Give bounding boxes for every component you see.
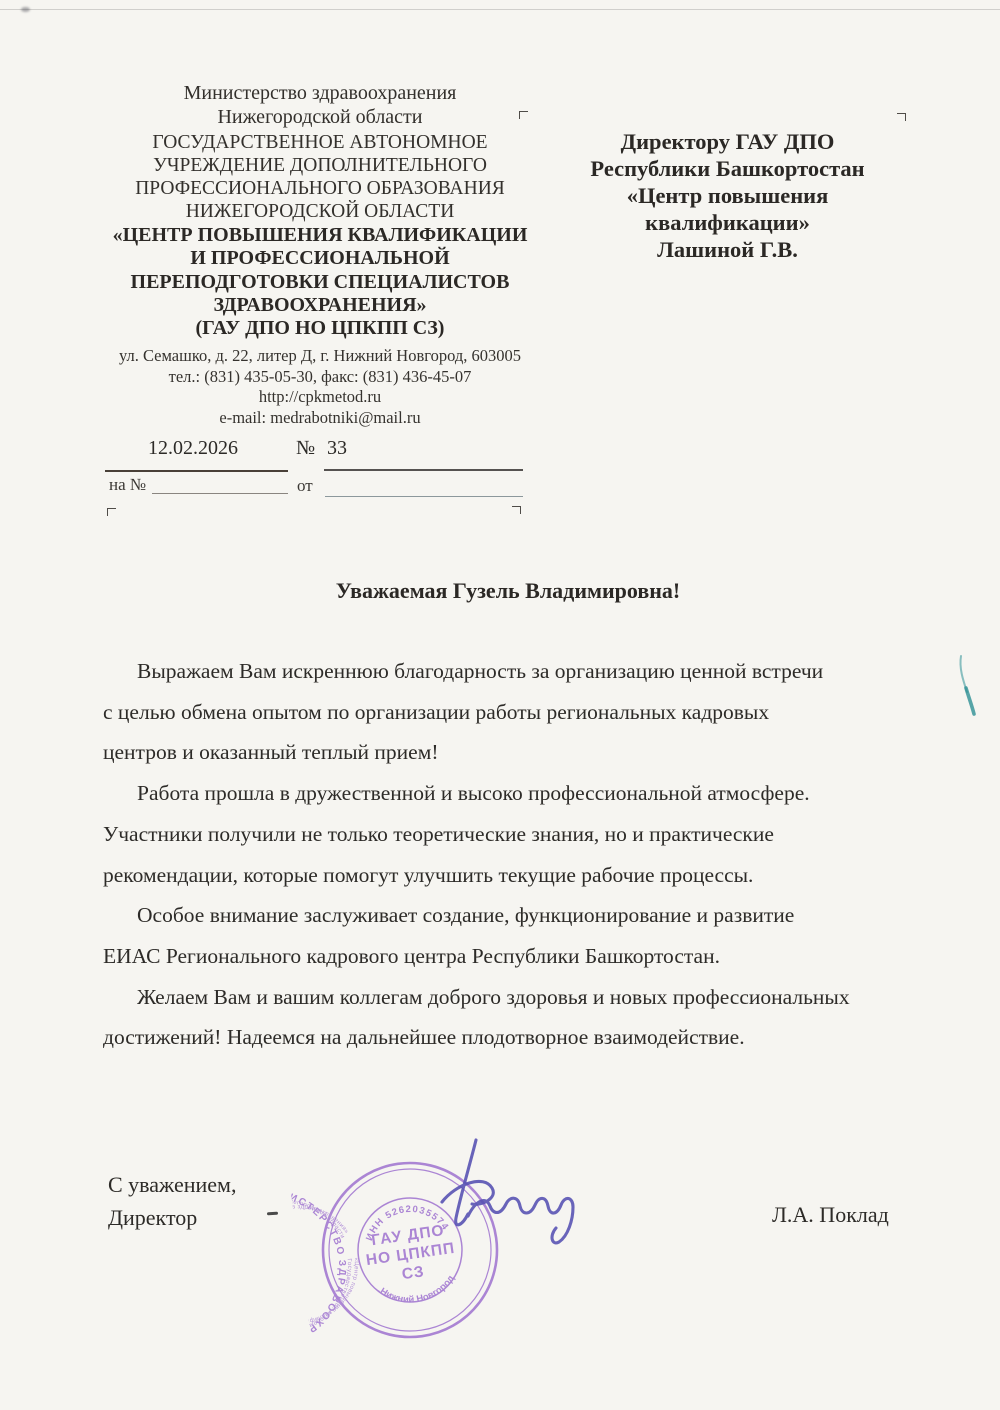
paragraph: Выражаем Вам искреннюю благодарность за … — [103, 651, 933, 773]
paragraph: Особое внимание заслуживает создание, фу… — [103, 895, 933, 976]
recipient-block: Директору ГАУ ДПО Республики Башкортоста… — [555, 128, 900, 263]
number-underline — [324, 469, 523, 471]
scan-edge-line — [0, 9, 1000, 10]
recipient-line: Лашиной Г.В. — [555, 236, 900, 263]
corner-mark — [519, 111, 528, 119]
signature-block: С уважением, Директор — [108, 1168, 236, 1234]
closing-line: С уважением, — [108, 1168, 236, 1201]
ministry-line: Нижегородской области — [80, 106, 560, 130]
org-type-line: ГОСУДАРСТВЕННОЕ АВТОНОМНОЕ — [80, 131, 560, 154]
sender-phone-fax: тел.: (831) 435-05-30, факс: (831) 436-4… — [80, 367, 560, 388]
svg-text:«Центр повышения квалификации: «Центр повышения квалификации и професси… — [286, 1196, 367, 1332]
ink-scratch-mark — [945, 648, 990, 733]
letterhead-org-name: «ЦЕНТР ПОВЫШЕНИЯ КВАЛИФИКАЦИИ И ПРОФЕССИ… — [80, 224, 560, 340]
signer-title: Директор — [108, 1201, 236, 1234]
org-type-line: УЧРЕЖДЕНИЕ ДОПОЛНИТЕЛЬНОГО — [80, 154, 560, 177]
recipient-line: Республики Башкортостан — [555, 155, 900, 182]
letter-number: 33 — [327, 437, 347, 460]
sender-address: ул. Семашко, д. 22, литер Д, г. Нижний Н… — [80, 346, 560, 367]
salutation: Уважаемая Гузель Владимировна! — [103, 578, 913, 604]
org-name-line: «ЦЕНТР ПОВЫШЕНИЯ КВАЛИФИКАЦИИ — [80, 224, 560, 247]
reply-number-label: на № — [109, 475, 146, 495]
letterhead-org-type: ГОСУДАРСТВЕННОЕ АВТОНОМНОЕ УЧРЕЖДЕНИЕ ДО… — [80, 131, 560, 223]
letter-date: 12.02.2026 — [148, 437, 238, 460]
signer-name: Л.А. Поклад — [772, 1202, 889, 1228]
recipient-line: «Центр повышения — [555, 182, 900, 209]
org-name-line: ПЕРЕПОДГОТОВКИ СПЕЦИАЛИСТОВ — [80, 271, 560, 294]
org-name-line: (ГАУ ДПО НО ЦПКПП СЗ) — [80, 317, 560, 340]
letterhead-contacts: ул. Семашко, д. 22, литер Д, г. Нижний Н… — [80, 346, 560, 428]
recipient-line: квалификации» — [555, 209, 900, 236]
corner-mark — [897, 113, 906, 121]
handwritten-signature — [418, 1126, 598, 1276]
date-underline — [105, 470, 288, 472]
recipient-line: Директору ГАУ ДПО — [555, 128, 900, 155]
org-name-line: ЗДРАВООХРАНЕНИЯ» — [80, 294, 560, 317]
reply-date-label: от — [297, 476, 313, 496]
stamp-center-ring-text: «Центр повышения квалификации и професси… — [286, 1196, 367, 1332]
reply-number-underline — [152, 493, 288, 494]
sender-email: e-mail: medrabotniki@mail.ru — [80, 408, 560, 429]
paragraph: Желаем Вам и вашим коллегам доброго здор… — [103, 977, 933, 1058]
reply-date-underline — [325, 496, 523, 497]
corner-mark — [512, 506, 521, 514]
paragraph: Работа прошла в дружественной и высоко п… — [103, 773, 933, 895]
letter-body: Выражаем Вам искреннюю благодарность за … — [103, 651, 933, 1058]
letterhead-ministry: Министерство здравоохранения Нижегородск… — [80, 82, 560, 129]
ministry-line: Министерство здравоохранения — [80, 82, 560, 106]
letter-number-sign: № — [296, 437, 315, 460]
sender-website: http://cpkmetod.ru — [80, 387, 560, 408]
scan-smudge — [21, 7, 30, 12]
scanned-letter-page: Министерство здравоохранения Нижегородск… — [0, 0, 1000, 1410]
org-type-line: ПРОФЕССИОНАЛЬНОГО ОБРАЗОВАНИЯ — [80, 177, 560, 200]
org-type-line: НИЖЕГОРОДСКОЙ ОБЛАСТИ — [80, 200, 560, 223]
corner-mark — [107, 508, 116, 516]
pen-dash-mark — [267, 1212, 278, 1216]
org-name-line: И ПРОФЕССИОНАЛЬНОЙ — [80, 247, 560, 270]
